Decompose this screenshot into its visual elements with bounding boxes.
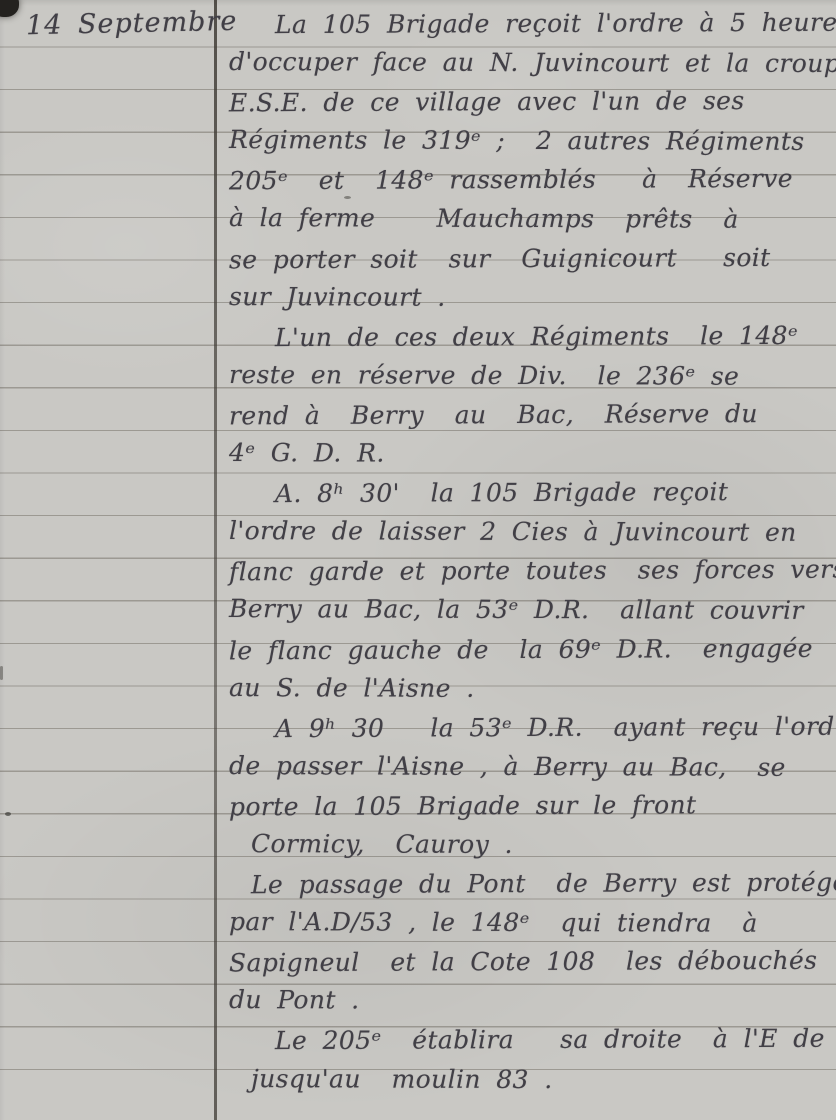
handwritten-line: A. 8ʰ 30' la 105 Brigade reçoit	[229, 472, 832, 514]
handwritten-line: d'occuper face au N. Juvincourt et la cr…	[229, 42, 832, 83]
handwritten-line: le flanc gauche de la 69ᵉ D.R. engagée	[229, 628, 832, 670]
entry-date: 14 Septembre	[26, 6, 238, 41]
ink-speck	[5, 812, 11, 816]
handwritten-line: se porter soit sur Guignicourt soit	[229, 237, 832, 279]
ink-speck	[0, 666, 3, 680]
handwritten-line: Le passage du Pont de Berry est protégé	[229, 863, 832, 905]
handwritten-line: du Pont .	[229, 980, 832, 1021]
handwritten-line: 4ᵉ G. D. R.	[229, 433, 832, 474]
handwritten-line: flanc garde et porte toutes ses forces v…	[229, 550, 832, 592]
handwritten-line: Cormicy, Cauroy .	[229, 824, 832, 865]
handwritten-line: 205ᵉ et 148ᵉ rassemblés à Réserve	[229, 159, 832, 201]
handwritten-line: L'un de ces deux Régiments le 148ᵉ	[229, 315, 832, 357]
handwritten-line: jusqu'au moulin 83 .	[229, 1059, 832, 1100]
entry-column: La 105 Brigade reçoit l'ordre à 5 heures…	[229, 4, 832, 1099]
handwritten-line: sur Juvincourt .	[229, 277, 832, 318]
handwritten-line: La 105 Brigade reçoit l'ordre à 5 heures	[229, 3, 832, 45]
handwritten-line: Régiments le 319ᵉ ; 2 autres Régiments	[229, 120, 832, 161]
handwritten-line: E.S.E. de ce village avec l'un de ses	[229, 81, 832, 123]
handwritten-line: à la ferme Mauchamps prêts à	[229, 199, 832, 240]
handwritten-line: Berry au Bac, la 53ᵉ D.R. allant couvrir	[229, 589, 832, 630]
handwritten-line: rend à Berry au Bac, Réserve du	[229, 394, 832, 436]
handwritten-line: reste en réserve de Div. le 236ᵉ se	[229, 355, 832, 396]
handwritten-line: par l'A.D/53 , le 148ᵉ qui tiendra à	[229, 902, 832, 943]
handwritten-line: Sapigneul et la Cote 108 les débouchés	[229, 941, 832, 983]
handwritten-line: l'ordre de laisser 2 Cies à Juvincourt e…	[229, 511, 832, 552]
handwritten-line: au S. de l'Aisne .	[229, 668, 832, 709]
handwritten-line: A 9ʰ 30 la 53ᵉ D.R. ayant reçu l'ordre	[229, 706, 832, 748]
journal-page: 14 Septembre La 105 Brigade reçoit l'ord…	[0, 0, 836, 1120]
handwritten-line: de passer l'Aisne , à Berry au Bac, se	[229, 746, 832, 787]
handwritten-line: Le 205ᵉ établira sa droite à l'E de Caur…	[229, 1019, 832, 1061]
handwritten-line: porte la 105 Brigade sur le front	[229, 785, 832, 827]
column-divider	[214, 0, 217, 1120]
